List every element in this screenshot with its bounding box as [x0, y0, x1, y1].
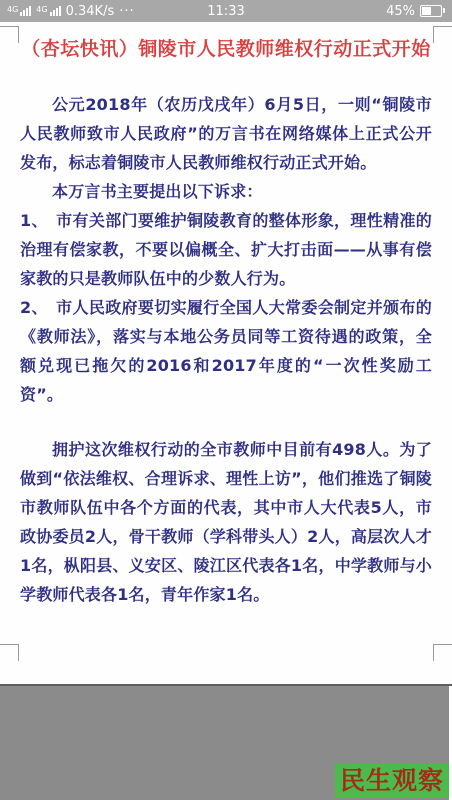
paragraph-demands-lead: 本万言书主要提出以下诉求：	[20, 177, 432, 206]
page-corner-mark-bottom-left	[0, 644, 19, 661]
page-corner-mark-top-right	[433, 26, 452, 43]
status-bar-right: 45%	[386, 4, 445, 19]
page-corner-mark-top-left	[0, 26, 19, 43]
signal-sim1-label: 4G	[7, 6, 18, 14]
battery-icon	[420, 5, 442, 17]
paragraph-supporters: 拥护这次维权行动的全市教师中目前有498人。为了做到“依法维权、合理诉求、理性上…	[20, 435, 432, 609]
paragraph-demand-2: 2、 市人民政府要切实履行全国人大常委会制定并颁布的《教师法》，落实与本地公务员…	[20, 293, 432, 409]
paragraph-demand-1: 1、 市有关部门要维护铜陵教育的整体形象，理性精准的治理有偿家教，不要以偏概全、…	[20, 206, 432, 293]
phone-screen: 4G 4G 0.34K/s ··· 11:33 45% （杏坛快讯）铜陵市人民教…	[0, 0, 452, 800]
document-page[interactable]: （杏坛快讯）铜陵市人民教师维权行动正式开始 公元2018年（农历戊戌年）6月5日…	[0, 22, 452, 684]
battery-percent: 45%	[386, 4, 415, 19]
status-clock: 11:33	[207, 4, 244, 19]
watermark-badge: 民生观察	[335, 764, 449, 798]
signal-sim1-icon: 4G	[7, 6, 31, 16]
page-corner-mark-bottom-right	[433, 644, 452, 661]
status-bar: 4G 4G 0.34K/s ··· 11:33 45%	[0, 0, 452, 22]
signal-sim2-label: 4G	[36, 6, 47, 14]
status-bar-left: 4G 4G 0.34K/s ···	[7, 4, 135, 19]
document-title: （杏坛快讯）铜陵市人民教师维权行动正式开始	[20, 36, 432, 62]
signal-sim2-icon: 4G	[36, 6, 60, 16]
network-speed: 0.34K/s	[66, 4, 115, 19]
paragraph-intro: 公元2018年（农历戊戌年）6月5日，一则“铜陵市人民教师致市人民政府”的万言书…	[20, 90, 432, 177]
page-end-background: 民生观察	[0, 684, 452, 800]
status-dots-icon: ···	[119, 4, 134, 19]
